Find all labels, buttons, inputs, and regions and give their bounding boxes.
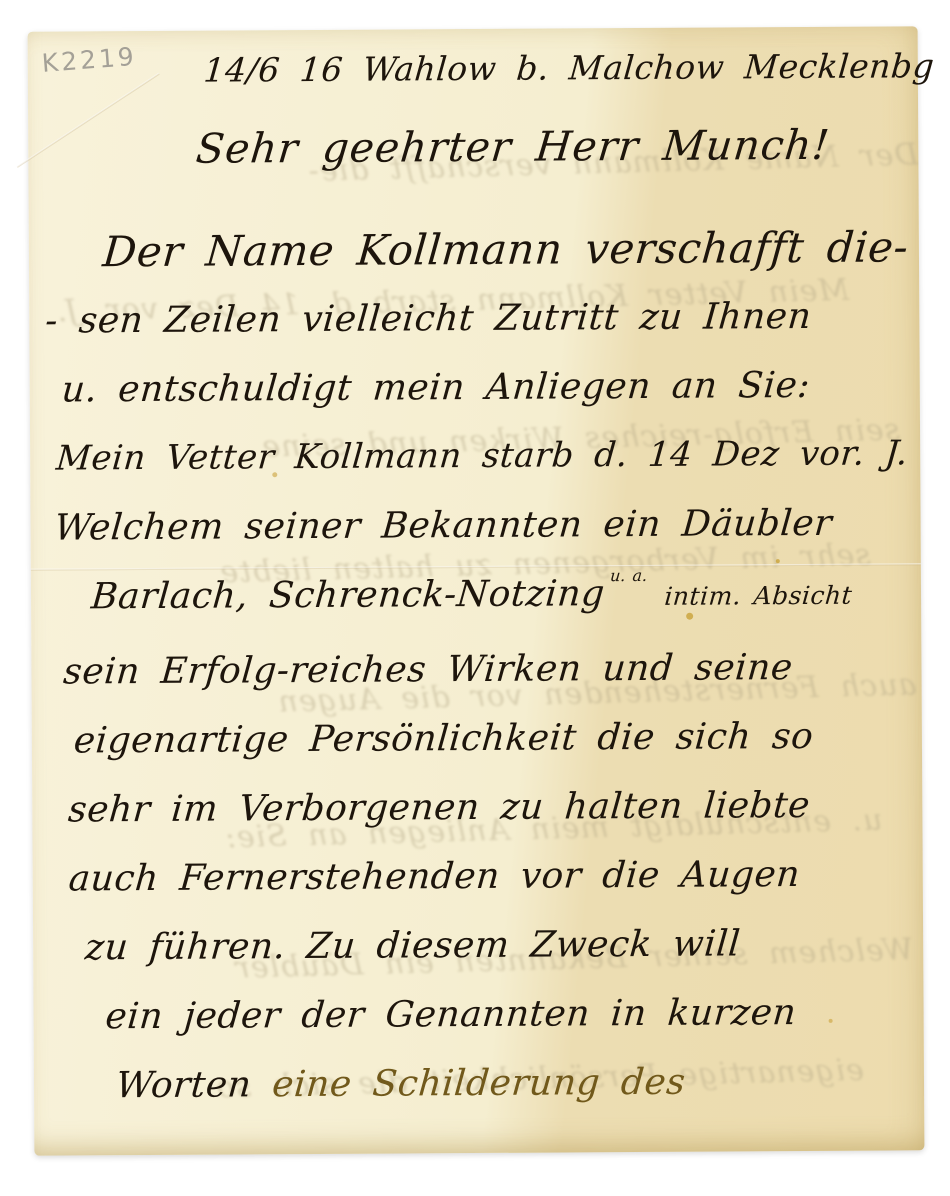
letter-line: auch Fernerstehenden vor die Augen <box>46 839 918 913</box>
corner-crease <box>17 73 160 168</box>
letter-line: u. entschuldigt mein Anliegen an Sie: <box>43 350 915 424</box>
letter-line: Mein Vetter Kollmann starb d. 14 Dez vor… <box>43 419 915 493</box>
letter-line-brown-ink: eine Schilderung des <box>271 1062 687 1106</box>
archive-mark: K2219 <box>41 42 138 78</box>
letter-line: sehr im Verborgenen zu halten liebte <box>46 770 918 844</box>
letter-scan: Der Name Kollmann verschafft die- Mein V… <box>0 0 950 1196</box>
letter-line: - sen Zeilen vielleicht Zutritt zu Ihnen <box>43 281 915 355</box>
letter-line: ein jeder der Genannten in kurzen <box>47 977 919 1051</box>
letter-body: Der Name Kollmann verschafft die- - sen … <box>45 212 916 1120</box>
interlinear-insertion: u. a. <box>607 541 650 610</box>
letter-line: sein Erfolg-reiches Wirken und seine <box>45 632 917 706</box>
letter-line: eigenartige Persönlichkeit die sich so <box>45 701 917 775</box>
letter-line-text: Worten <box>114 1064 253 1106</box>
letter-line: Der Name Kollmann verschafft die- <box>42 212 914 286</box>
letter-line-text: Barlach, Schrenck-Notzing <box>90 573 607 617</box>
letter-paper: Der Name Kollmann verschafft die- Mein V… <box>28 26 925 1155</box>
letter-line: Barlach, Schrenck-Notzingu. a. intim. Ab… <box>44 557 916 637</box>
salutation: Sehr geehrter Herr Munch! <box>194 121 832 173</box>
letter-line-tail: intim. Absicht <box>663 581 853 611</box>
letter-line: Welchem seiner Bekannten ein Däubler <box>44 488 916 562</box>
dateline: 14/6 16 Wahlow b. Malchow Mecklenbg <box>202 46 911 89</box>
letter-line: zu führen. Zu diesem Zweck will <box>46 908 918 982</box>
letter-line: Worten eine Schilderung des <box>47 1046 919 1120</box>
